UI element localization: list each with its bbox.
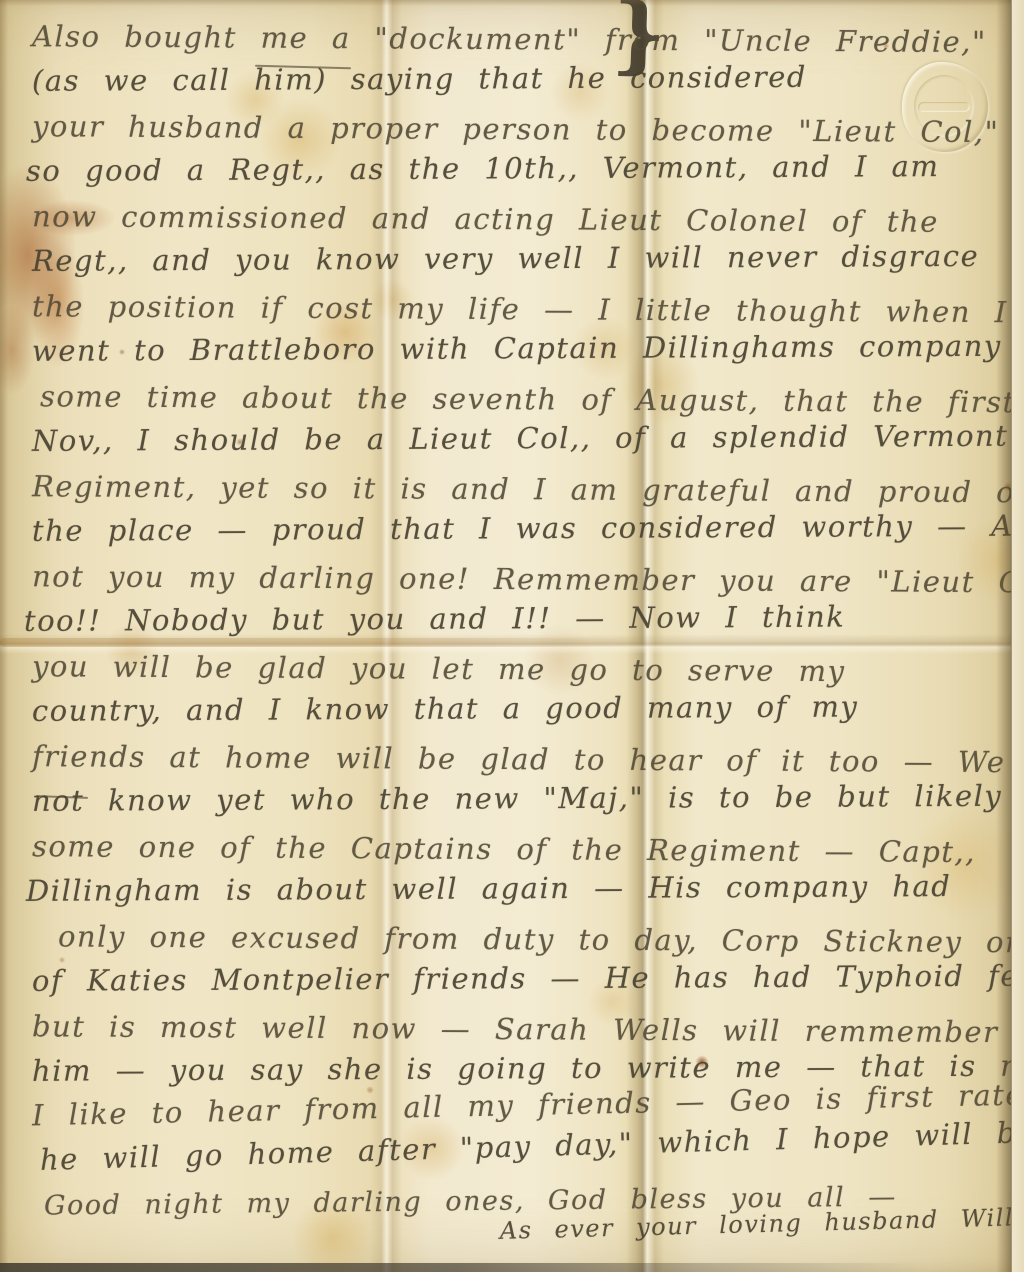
letter-line: Dillingham is about well again — His com…: [0, 864, 1024, 914]
letter-page: } Also bought me a "dockument" from "Unc…: [0, 0, 1024, 1272]
letter-line: Nov,, I should be a Lieut Col,, of a spl…: [0, 414, 1024, 464]
letter-line: country, and I know that a good many of …: [0, 684, 1024, 734]
page-edge-top: [0, 0, 1024, 6]
letter-line: so good a Regt,, as the 10th,, Vermont, …: [0, 144, 1024, 194]
letter-line: of Katies Montpelier friends — He has ha…: [0, 954, 1024, 1004]
letter-line: too!! Nobody but you and I!! — Now I thi…: [0, 594, 1024, 644]
letter-line: Regt,, and you know very well I will nev…: [0, 234, 1024, 284]
letter-line: (as we call him) saying that he consider…: [0, 54, 1024, 104]
letter-line: not know yet who the new "Maj," is to be…: [0, 774, 1024, 824]
page-edge-bottom: [0, 1263, 1024, 1272]
letter-lines: Also bought me a "dockument" from "Uncle…: [0, 14, 1024, 1259]
letter-line: went to Brattleboro with Captain Dilling…: [0, 324, 1024, 374]
letter-line: the place — proud that I was considered …: [0, 504, 1024, 554]
